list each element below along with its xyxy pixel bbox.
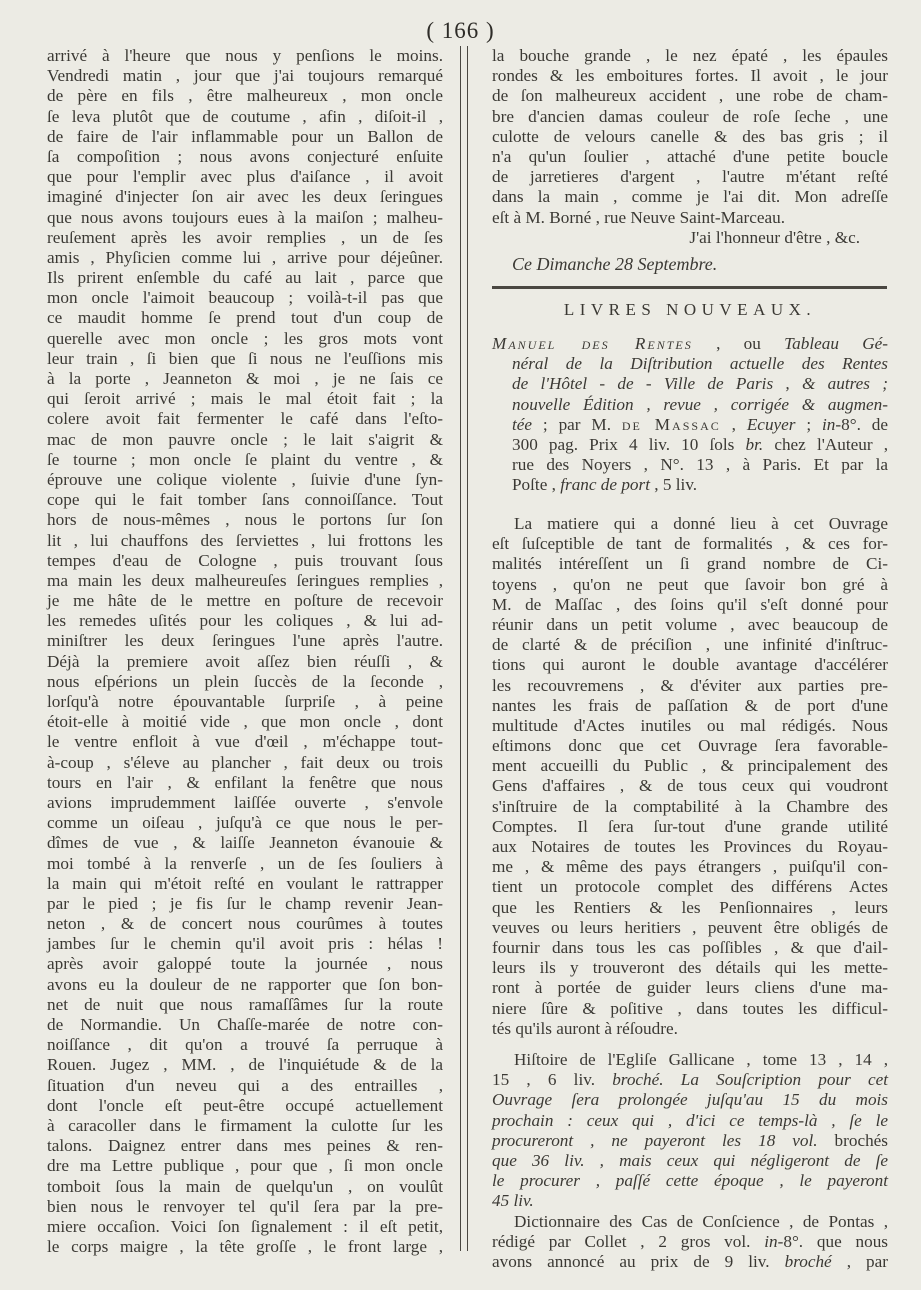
text-line: Rouen. Jugez , MM. , de l'inquiétude & d…	[47, 1055, 443, 1075]
text-line: réunir dans un petit volume , avec beauc…	[492, 615, 888, 635]
section-rule	[492, 286, 887, 289]
text-line: dans la main , comme je l'ai dit. Mon ad…	[492, 187, 888, 207]
text-line: rondes & les emboitures fortes. Il avoit…	[492, 66, 888, 86]
text-line: Gens d'affaires , & de tous ceux qui vou…	[492, 776, 888, 796]
book-entry-histoire-eglise-gallicane: Hiſtoire de l'Egliſe Gallicane , tome 13…	[492, 1050, 888, 1212]
book-entry-line: nouvelle Édition , revue , corrigée & au…	[492, 395, 888, 415]
text-line: imaginé d'injecter ſon air avec les deux…	[47, 187, 443, 207]
text-line: miere occaſion. Voici ſon ſignalement : …	[47, 1217, 443, 1237]
text-line: noiſſance , dit qu'on a trouvé ſa perruq…	[47, 1035, 443, 1055]
text-line: que les Rentiers & les Penſionnaires , l…	[492, 898, 888, 918]
section-title: LIVRES NOUVEAUX.	[492, 300, 888, 320]
text-line: hors de nous-mêmes , nous le portons ſur…	[47, 510, 443, 530]
text-line: à la porte , Jeanneton & moi , je ne ſai…	[47, 369, 443, 389]
text-line: qui ſeroit arrivé ; mais le mal étoit fa…	[47, 389, 443, 409]
text-line: dont l'oncle eſt peut-être occupé actuel…	[47, 1096, 443, 1116]
book-entry-line: rue des Noyers , N°. 13 , à Paris. Et pa…	[492, 455, 888, 475]
text-line: à caracoller dans le firmament la culott…	[47, 1116, 443, 1136]
text-line: toyens , qu'on ne peut que ſavoir bon gr…	[492, 575, 888, 595]
text-line: par le pied ; je fis ſur le champ reveni…	[47, 894, 443, 914]
text-line: leurs ils y trouveront des détails qui l…	[492, 958, 888, 978]
text-line: amis , Phyſicien comme lui , arrive pour…	[47, 248, 443, 268]
text-line: ſe leva plutôt que de coutume , afin , d…	[47, 107, 443, 127]
text-line: eſt ſuſceptible de tant de formalités , …	[492, 534, 888, 554]
text-line: La matiere qui a donné lieu à cet Ouvrag…	[492, 514, 888, 534]
text-line: de faire de l'air inflammable pour un Ba…	[47, 127, 443, 147]
letter-date: Ce Dimanche 28 Septembre.	[492, 254, 888, 274]
text-line: ment accueilli du Public , & principalem…	[492, 756, 888, 776]
page-number: ( 166 )	[0, 18, 921, 44]
dictionnaire-line: rédigé par Collet , 2 gros vol. in-8°. q…	[492, 1232, 888, 1252]
histoire-line: Hiſtoire de l'Egliſe Gallicane , tome 13…	[492, 1050, 888, 1070]
text-line: neton , & de concert nous courûmes à tou…	[47, 914, 443, 934]
text-line: tient un protocole complet des différens…	[492, 877, 888, 897]
text-line: avions imprudemment laiſſée ouverte , s'…	[47, 793, 443, 813]
book-entry-line: Manuel des Rentes , ou Tableau Gé-	[492, 334, 888, 354]
text-line: ſituation d'un neveu qui a des entraille…	[47, 1076, 443, 1096]
book-entry-line: 300 pag. Prix 4 liv. 10 ſols br. chez l'…	[492, 435, 888, 455]
left-column: arrivé à l'heure que nous y penſions le …	[47, 46, 443, 1257]
text-line: de ſon malheureux accident , une robe de…	[492, 86, 888, 106]
text-line: talons. Daignez entrer dans mes peines &…	[47, 1136, 443, 1156]
text-line: de Normandie. Un Chaſſe-marée de notre c…	[47, 1015, 443, 1035]
text-line: s'inſtruire de la comptabilité à la Cham…	[492, 797, 888, 817]
text-line: étoit-elle à moitié vide , que mon oncle…	[47, 712, 443, 732]
text-line: ma main les deux malheureuſes ſeringues …	[47, 571, 443, 591]
book-entry-manuel-des-rentes: Manuel des Rentes , ou Tableau Gé-néral …	[492, 334, 888, 496]
text-line: niere ſûre & poſitive , dans toutes les …	[492, 999, 888, 1019]
text-line: les remedes uſités pour les coliques , &…	[47, 611, 443, 631]
text-line: après avoir galoppé toute la journée , n…	[47, 954, 443, 974]
text-line: le ventre enfloit à vue d'œil , m'échapp…	[47, 732, 443, 752]
book-entry-line: de l'Hôtel - de - Ville de Paris , & aut…	[492, 374, 888, 394]
text-line: colere avoit fait fermenter le café dans…	[47, 409, 443, 429]
text-line: ront à portée de guider leurs cliens d'u…	[492, 978, 888, 998]
text-line: me , & même des pays étrangers , puiſqu'…	[492, 857, 888, 877]
histoire-line: 15 , 6 liv. broché. La Souſcription pour…	[492, 1070, 888, 1090]
text-line: que pour l'emplir avec plus d'aiſance , …	[47, 167, 443, 187]
book-entry-dictionnaire-cas-de-conscience: Dictionnaire des Cas de Conſcience , de …	[492, 1212, 888, 1273]
text-line: tions qui auront le double avantage d'ac…	[492, 655, 888, 675]
dictionnaire-line: Dictionnaire des Cas de Conſcience , de …	[492, 1212, 888, 1232]
text-line: de clarté & de préciſion , une infinité …	[492, 635, 888, 655]
histoire-line: que 36 liv. , mais ceux qui négligeront …	[492, 1151, 888, 1171]
text-line: ſe tourne ; mon oncle ſe plaint du ventr…	[47, 450, 443, 470]
text-line: lorſqu'à notre épouvantable ſurpriſe , à…	[47, 692, 443, 712]
text-line: les recouvremens , & d'éviter aux partie…	[492, 676, 888, 696]
letter-closing: J'ai l'honneur d'être , &c.	[492, 228, 888, 248]
review-paragraph: La matiere qui a donné lieu à cet Ouvrag…	[492, 514, 888, 1039]
text-line: moi tombé à la renverſe , un de ſes ſoul…	[47, 854, 443, 874]
text-line: cope qui le fait tomber ſans connoiſſanc…	[47, 490, 443, 510]
text-line: dre ma Lettre publique , pour que , ſi m…	[47, 1156, 443, 1176]
text-line: nous eſpérions un plein ſuccès de la ſec…	[47, 672, 443, 692]
histoire-line: prochain : ceux qui , d'ici ce temps-là …	[492, 1111, 888, 1131]
text-line: mac de mon pauvre oncle ; le lait s'aigr…	[47, 430, 443, 450]
text-line: bre d'ancien damas couleur de roſe ſeche…	[492, 107, 888, 127]
histoire-line: procureront , ne payeront les 18 vol. br…	[492, 1131, 888, 1151]
book-entry-line: Poſte , franc de port , 5 liv.	[492, 475, 888, 495]
text-line: arrivé à l'heure que nous y penſions le …	[47, 46, 443, 66]
right-column-letter: la bouche grande , le nez épaté , les ép…	[492, 46, 888, 274]
text-line: eſtimons donc que cet Ouvrage ſera favor…	[492, 736, 888, 756]
column-divider	[460, 46, 468, 1251]
text-line: ſa compoſition ; nous avons conjecturé e…	[47, 147, 443, 167]
book-entry-line: néral de la Diſtribution actuelle des Re…	[492, 354, 888, 374]
text-line: la bouche grande , le nez épaté , les ép…	[492, 46, 888, 66]
text-line: comme un oiſeau , juſqu'à ce que nous le…	[47, 813, 443, 833]
text-line: querelle avec mon oncle ; les gros mots …	[47, 329, 443, 349]
text-line: jambes ſur le chemin qu'il avoit pris : …	[47, 934, 443, 954]
text-line: le corps maigre , la tête groſſe , le fr…	[47, 1237, 443, 1257]
text-line: ce maudit homme ſe prend tout d'un coup …	[47, 308, 443, 328]
text-line: malités intéreſſent un ſi grand nombre d…	[492, 554, 888, 574]
text-line: tomboit ſous la main de quelqu'un , on v…	[47, 1177, 443, 1197]
text-line: M. de Maſſac , des ſoins qu'il s'eſt don…	[492, 595, 888, 615]
text-line: culotte de velours canelle & des bas gri…	[492, 127, 888, 147]
text-line: que nous avons toujours eues à la maiſon…	[47, 208, 443, 228]
text-line: dîmes de vue , & laiſſe Jeanneton évanou…	[47, 833, 443, 853]
text-line: lit , lui chauffons des ſerviettes , lui…	[47, 531, 443, 551]
text-line: tempes d'eau de Cologne , puis trouvant …	[47, 551, 443, 571]
text-line: Ils prirent enſemble du café au lait , p…	[47, 268, 443, 288]
text-line: la main qui m'étoit reſté en voulant le …	[47, 874, 443, 894]
text-line: veuves ou leurs heritiers , peuvent être…	[492, 918, 888, 938]
text-line: tés qu'ils auront à réſoudre.	[492, 1019, 888, 1039]
text-line: fournir dans tous les cas poſſibles , & …	[492, 938, 888, 958]
text-line: avons eu la douleur de ne rapporter que …	[47, 975, 443, 995]
text-line: leur train , ſi bien que ſi nous ne l'eu…	[47, 349, 443, 369]
text-line: éprouve une colique violente , ſuivie d'…	[47, 470, 443, 490]
text-line: Déjà la premiere avoit aſſez bien réuſſi…	[47, 652, 443, 672]
text-line: nantes les frais de paſſation & de port …	[492, 696, 888, 716]
text-line: aux Notaires de toutes les Provinces du …	[492, 837, 888, 857]
histoire-line: Ouvrage ſera prolongée juſqu'au 15 du mo…	[492, 1090, 888, 1110]
text-line: mon oncle l'aimoit beaucoup ; voilà-t-il…	[47, 288, 443, 308]
text-line: miniſtrer les deux ſeringues l'une après…	[47, 631, 443, 651]
text-line: n'a qu'un ſoulier , attaché d'une petite…	[492, 147, 888, 167]
text-line: à-coup , s'éleve au plancher , fait deux…	[47, 753, 443, 773]
text-line: net de nuit que nous ramaſſâmes ſur la r…	[47, 995, 443, 1015]
text-line: de père en fils , être malheureux , mon …	[47, 86, 443, 106]
text-line: Vendredi matin , jour que j'ai toujours …	[47, 66, 443, 86]
book-entry-line: tée ; par M. de Massac , Ecuyer ; in-8°.…	[492, 415, 888, 435]
text-line: je me hâte de le mettre en poſture de re…	[47, 591, 443, 611]
histoire-line: le procurer , paſſé cette époque , le pa…	[492, 1171, 888, 1191]
text-line: de jarretieres d'argent , l'autre m'étan…	[492, 167, 888, 187]
text-line: bien nous le renvoyer tel qu'il ſera par…	[47, 1197, 443, 1217]
text-line: eſt à M. Borné , rue Neuve Saint-Marceau…	[492, 208, 888, 228]
text-line: reuſement après les avoir remplies , un …	[47, 228, 443, 248]
dictionnaire-line: avons annoncé au prix de 9 liv. broché ,…	[492, 1252, 888, 1272]
text-line: tours en l'air , & enfilant la fenêtre q…	[47, 773, 443, 793]
text-line: Comptes. Il ſera ſur-tout d'une grande u…	[492, 817, 888, 837]
histoire-line: 45 liv.	[492, 1191, 888, 1211]
text-line: multitude d'Actes inutiles ou mal rédigé…	[492, 716, 888, 736]
